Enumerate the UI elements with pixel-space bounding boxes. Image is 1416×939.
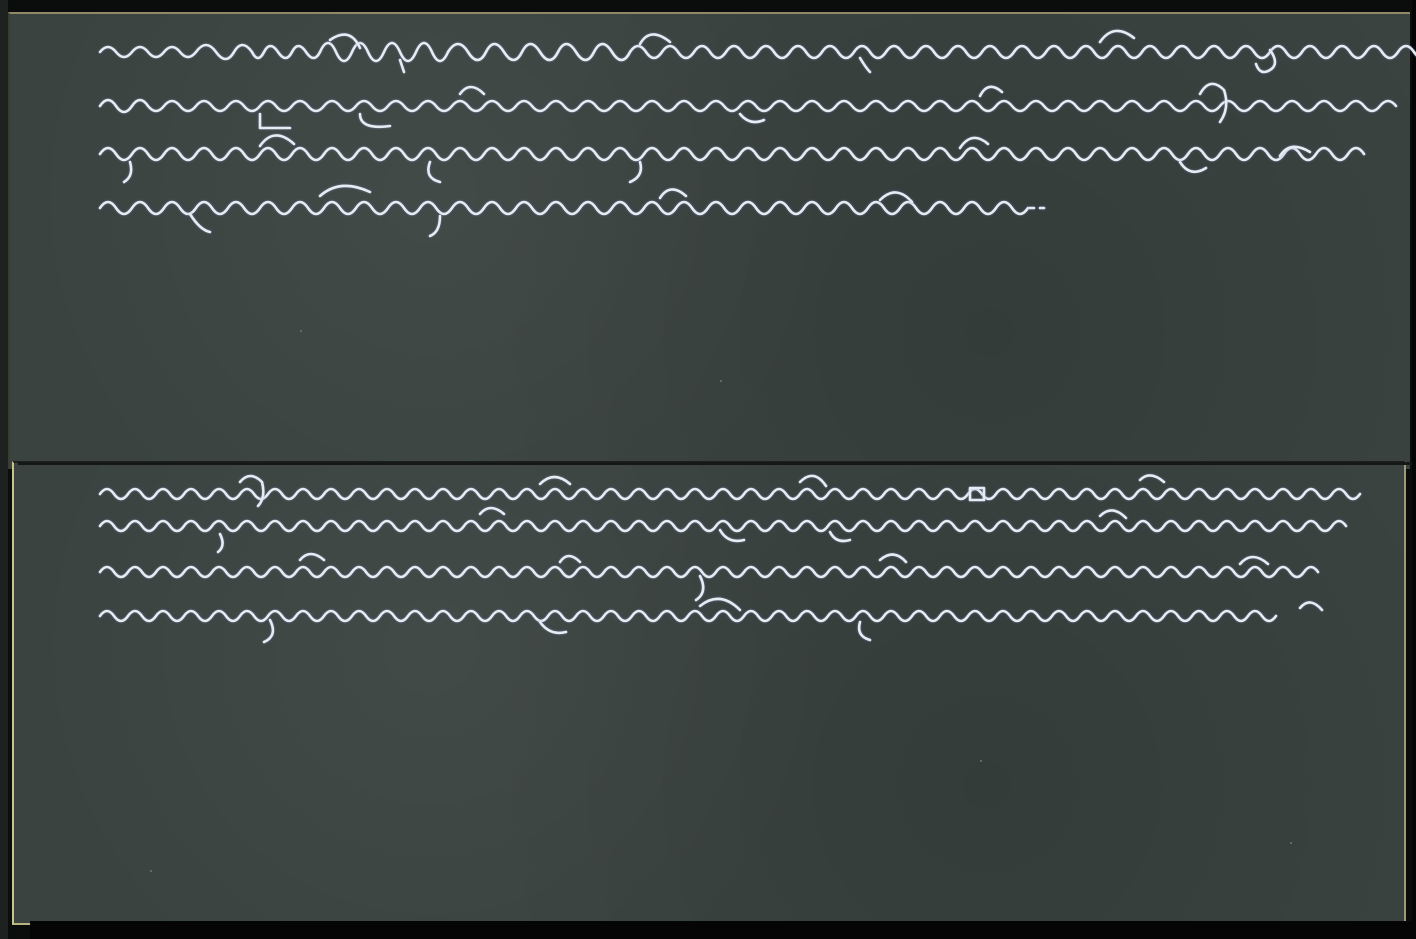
paper-speck — [980, 760, 982, 762]
script-line: [handwritten Burmese script line 4, ends… — [100, 186, 1060, 226]
manuscript-upper-panel — [8, 12, 1410, 469]
script-line: [handwritten Burmese script line 1] — [100, 474, 1375, 508]
script-line: [handwritten Burmese script line 3] — [100, 132, 1390, 172]
paper-speck — [300, 330, 302, 332]
paper-speck — [720, 380, 722, 382]
fold-crease — [18, 462, 1413, 465]
script-line: [handwritten Burmese script line 1] — [100, 30, 1390, 70]
right-page-edge — [1412, 0, 1416, 939]
left-margin-shadow — [0, 0, 8, 939]
script-line: [handwritten Burmese script line 2] — [100, 506, 1375, 540]
paper-speck — [150, 870, 152, 872]
script-line: [handwritten Burmese script line 3] — [100, 552, 1380, 586]
bottom-page-edge — [30, 921, 1416, 939]
script-line: [handwritten Burmese script line 2] — [100, 84, 1380, 124]
paper-speck — [1290, 842, 1292, 844]
script-line: [handwritten Burmese script line 4] — [100, 596, 1340, 630]
